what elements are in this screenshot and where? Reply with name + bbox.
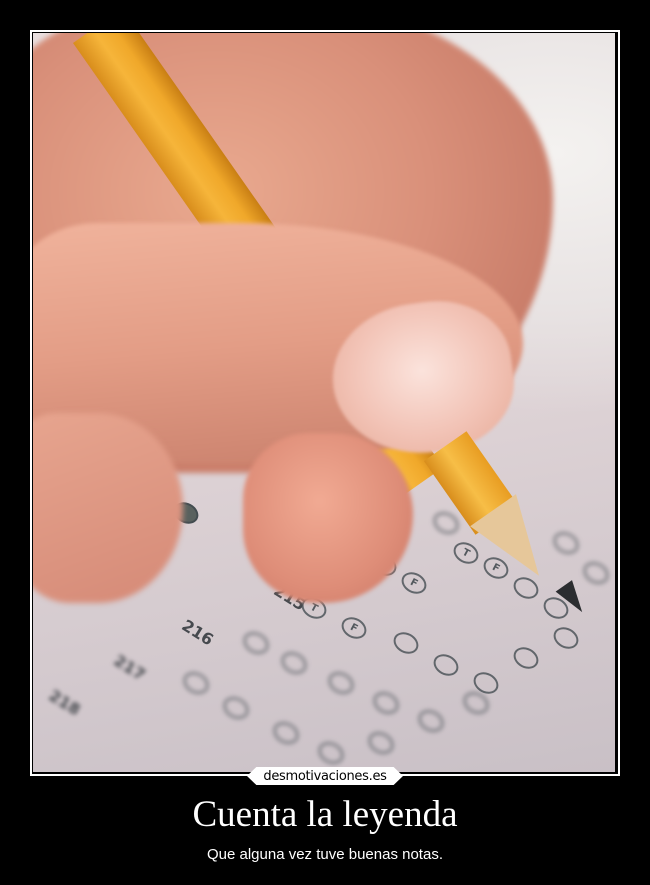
answer-bubble: T [450,538,482,568]
watermark-text: desmotivaciones.es [263,769,386,784]
answer-bubble [370,688,402,718]
answer-bubble [580,558,612,588]
poster-subtitle: Que alguna vez tuve buenas notas. [0,846,650,863]
answer-bubble [415,706,447,736]
answer-bubble [510,643,542,673]
answer-bubble [365,728,397,758]
answer-bubble [220,693,252,723]
answer-bubble [390,628,422,658]
question-number: 218 [46,686,84,720]
answer-bubble: F [398,568,430,598]
answer-bubble [270,718,302,748]
answer-bubble: F [338,613,370,643]
poster-title: Cuenta la leyenda [0,793,650,836]
answer-bubble [430,508,462,538]
question-number: 216 [179,616,217,650]
answer-bubble [315,738,347,768]
answer-bubble [180,668,212,698]
answer-bubble [430,650,462,680]
answer-bubble [325,668,357,698]
answer-bubble [550,623,582,653]
answer-bubble [240,628,272,658]
question-number: 217 [111,651,149,685]
watermark-badge[interactable]: desmotivaciones.es [247,767,403,785]
answer-bubble [278,648,310,678]
poster-photo: 215 216 217 218 T F T F T F [33,33,615,772]
